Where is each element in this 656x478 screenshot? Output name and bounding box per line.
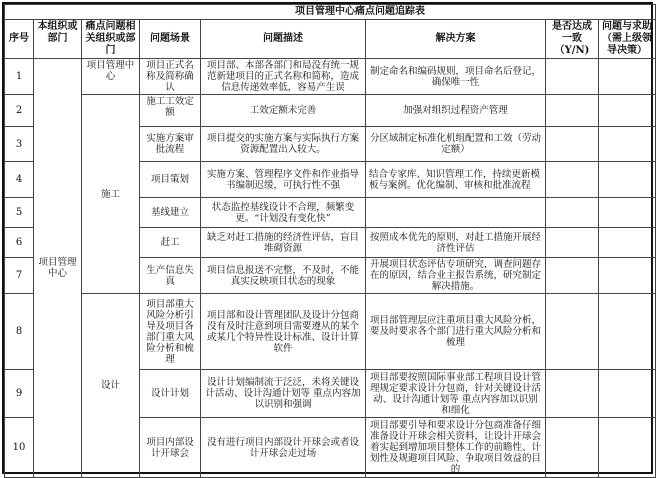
escalation-cell[interactable] — [599, 258, 656, 294]
agreed-cell[interactable] — [546, 162, 599, 198]
escalation-cell[interactable] — [599, 418, 656, 478]
solution-cell: 加强对组织过程资产管理 — [366, 95, 546, 127]
agreed-cell[interactable] — [546, 294, 599, 370]
header-scene: 问题场景 — [140, 20, 201, 59]
row-seq: 6 — [5, 228, 34, 258]
agreed-cell[interactable] — [546, 370, 599, 418]
scene-cell: 项目策划 — [140, 162, 201, 198]
org-cell: 项目管理中心 — [34, 59, 82, 478]
scene-cell: 生产信息失真 — [140, 258, 201, 294]
pain-point-tracking-table-frame: 项目管理中心痛点问题追踪表 序号 本组织或部门 痛点问题相关组织或部门 问题场景… — [2, 2, 653, 474]
scene-cell: 实施方案审批流程 — [140, 127, 201, 162]
table-row: 8 设计 项目部重大风险分析引导及项目各部门重大风险分析和梳理 项目部和设计管理… — [5, 294, 656, 370]
escalation-cell[interactable] — [599, 162, 656, 198]
description-cell: 没有进行项目内部设计开球会或者设计开球会走过场 — [201, 418, 366, 478]
description-cell: 项目信息报送不完整，不及时，不能真实反映项目状态的现象 — [201, 258, 366, 294]
header-agreed: 是否达成一致（Y/N) — [546, 20, 599, 59]
row-seq: 5 — [5, 198, 34, 228]
related-group-cell: 施工 — [82, 95, 140, 294]
escalation-cell[interactable] — [599, 127, 656, 162]
description-cell: 缺乏对赶工措施的经济性评估，盲目堆砌资源 — [201, 228, 366, 258]
description-cell: 工效定额未完善 — [201, 95, 366, 127]
row-seq: 2 — [5, 95, 34, 127]
scene-cell: 施工工效定额 — [140, 95, 201, 127]
description-cell: 项目部、本部各部门和局没有统一规范新建项目的正式名称和简称，造成信息传递效率低，… — [201, 59, 366, 95]
agreed-cell[interactable] — [546, 418, 599, 478]
header-org: 本组织或部门 — [34, 20, 82, 59]
scene-cell: 项目部重大风险分析引导及项目各部门重大风险分析和梳理 — [140, 294, 201, 370]
header-solution: 解决方案 — [366, 20, 546, 59]
description-cell: 项目部和设计管理团队及设计分包商没有及时注意到项目需要遵从的某个或某几个特异性设… — [201, 294, 366, 370]
description-cell: 实施方案、管理程序文件和作业指导书编制迟缓，可执行性不强 — [201, 162, 366, 198]
scene-cell: 项目内部设计开球会 — [140, 418, 201, 478]
description-cell: 设计计划编制流于泛泛，未将关键设计活动、设计沟通计划等 重点内容加以识别和强调 — [201, 370, 366, 418]
solution-cell: 分区域制定标准化机组配置和工效（劳动定额） — [366, 127, 546, 162]
solution-cell: 项目部要引导和要求设计分包商准备仔细准备设计开球会相关资料，让设计开球会着实起到… — [366, 418, 546, 478]
solution-cell: 结合专家库、知识管理工作，持续更新模板与案例。优化编制、审核和批准流程 — [366, 162, 546, 198]
related-group-cell: 项目管理中心 — [82, 59, 140, 95]
solution-cell: 项目部要按照国际事业部工程项目设计管理规定要求设计分包商，针对关键设计活动、设计… — [366, 370, 546, 418]
row-seq: 3 — [5, 127, 34, 162]
solution-cell: 制定命名和编码规则，项目命名后登记，确保唯一性 — [366, 59, 546, 95]
row-seq: 1 — [5, 59, 34, 95]
escalation-cell[interactable] — [599, 198, 656, 228]
header-description: 问题描述 — [201, 20, 366, 59]
agreed-cell[interactable] — [546, 127, 599, 162]
row-seq: 10 — [5, 418, 34, 478]
agreed-cell[interactable] — [546, 228, 599, 258]
agreed-cell[interactable] — [546, 59, 599, 95]
header-related: 痛点问题相关组织或部门 — [82, 20, 140, 59]
scene-cell: 基线建立 — [140, 198, 201, 228]
agreed-cell[interactable] — [546, 198, 599, 228]
scene-cell: 设计计划 — [140, 370, 201, 418]
escalation-cell[interactable] — [599, 59, 656, 95]
scene-cell: 项目正式名称及简称确认 — [140, 59, 201, 95]
solution-cell — [366, 198, 546, 228]
row-seq: 9 — [5, 370, 34, 418]
scene-cell: 赶工 — [140, 228, 201, 258]
description-cell: 状态监控基线设计不合理，频繁变更。“计划没有变化快” — [201, 198, 366, 228]
header-escalation: 问题与求助（需上级领导决策） — [599, 20, 656, 59]
agreed-cell[interactable] — [546, 95, 599, 127]
description-cell: 项目提交的实施方案与实际执行方案资源配置出入较大。 — [201, 127, 366, 162]
row-seq: 4 — [5, 162, 34, 198]
header-seq: 序号 — [5, 20, 34, 59]
related-group-cell: 设计 — [82, 294, 140, 478]
agreed-cell[interactable] — [546, 258, 599, 294]
solution-cell: 项目部管理层应注重项目重大风险分析，要及时要求各个部门进行重大风险分析和梳理 — [366, 294, 546, 370]
escalation-cell[interactable] — [599, 294, 656, 370]
header-row: 序号 本组织或部门 痛点问题相关组织或部门 问题场景 问题描述 解决方案 是否达… — [5, 20, 656, 59]
solution-cell: 按照成本优先的原则，对赶工措施开展经济性评估 — [366, 228, 546, 258]
row-seq: 8 — [5, 294, 34, 370]
escalation-cell[interactable] — [599, 370, 656, 418]
escalation-cell[interactable] — [599, 228, 656, 258]
solution-cell: 开展项目状态评估专项研究，调查问题存在的原因，结合业主报告系统，研究制定解决措施… — [366, 258, 546, 294]
table-title: 项目管理中心痛点问题追踪表 — [5, 5, 656, 20]
pain-point-tracking-table: 项目管理中心痛点问题追踪表 序号 本组织或部门 痛点问题相关组织或部门 问题场景… — [4, 4, 656, 478]
table-row: 2 施工 施工工效定额 工效定额未完善 加强对组织过程资产管理 — [5, 95, 656, 127]
row-seq: 7 — [5, 258, 34, 294]
table-row: 1 项目管理中心 项目管理中心 项目正式名称及简称确认 项目部、本部各部门和局没… — [5, 59, 656, 95]
escalation-cell[interactable] — [599, 95, 656, 127]
